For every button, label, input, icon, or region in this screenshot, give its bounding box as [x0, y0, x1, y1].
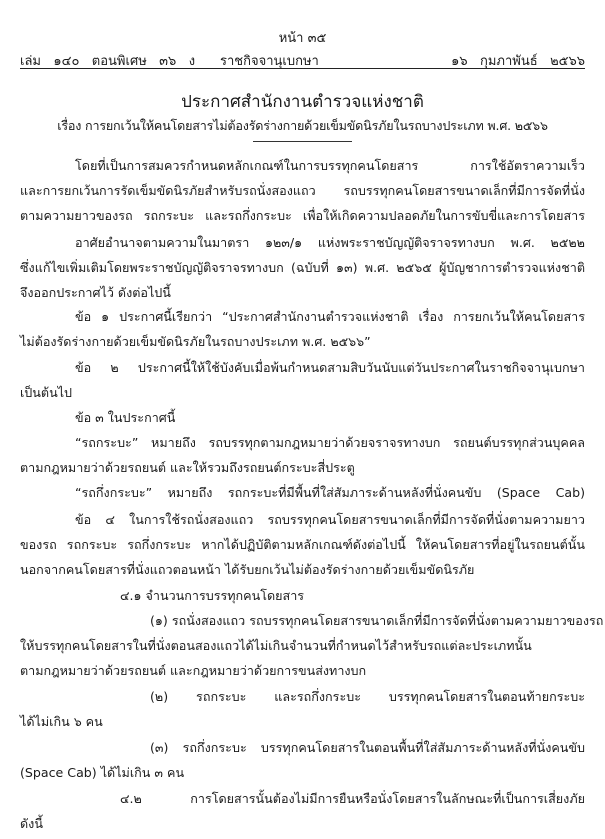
body-line: เป็นต้นไป	[20, 383, 585, 403]
body-line: ข้อ ๒ ประกาศนี้ให้ใช้บังคับเมื่อพ้นกำหนด…	[20, 358, 585, 378]
body-line: จึงออกประกาศไว้ ดังต่อไปนี้	[20, 283, 585, 303]
body-line: “รถกึ่งกระบะ” หมายถึง รถกระบะที่มีพื้นที…	[20, 483, 585, 503]
body-line: ซึ่งแก้ไขเพิ่มเติมโดยพระราชบัญญัติจราจรท…	[20, 258, 585, 278]
gazette-header: เล่ม ๑๔๐ ตอนพิเศษ ๓๖ ง ราชกิจจานุเบกษา ๑…	[20, 50, 585, 68]
body-line: อาศัยอำนาจตามความในมาตรา ๑๒๓/๑ แห่งพระรา…	[20, 233, 585, 253]
body-line: ได้ไม่เกิน ๖ คน	[20, 712, 585, 732]
body-line: ให้บรรทุกคนโดยสารในที่นั่งตอนสองแถวได้ไม…	[20, 636, 585, 656]
body-line: (๒) รถกระบะ และรถกึ่งกระบะ บรรทุกคนโดยสา…	[20, 687, 585, 707]
document-subtitle: เรื่อง การยกเว้นให้คนโดยสารไม่ต้องรัดร่า…	[0, 116, 605, 136]
body-line: ดังนี้	[20, 814, 585, 834]
body-line: ของรถ รถกระบะ รถกึ่งกระบะ หากได้ปฏิบัติต…	[20, 535, 585, 555]
title-divider	[253, 141, 352, 142]
body-line: (๑) รถนั่งสองแถว รถบรรทุกคนโดยสารขนาดเล็…	[20, 611, 585, 631]
page-number: หน้า ๓๕	[0, 27, 605, 48]
body-line: ตามความยาวของรถ รถกระบะ และรถกึ่งกระบะ เ…	[20, 206, 585, 226]
body-line: ไม่ต้องรัดร่างกายด้วยเข็มขัดนิรภัยในรถบา…	[20, 332, 585, 352]
header-rule	[20, 68, 585, 69]
body-line: ตามกฎหมายว่าด้วยรถยนต์ และกฎหมายว่าด้วยก…	[20, 661, 585, 681]
body-line: โดยที่เป็นการสมควรกำหนดหลักเกณฑ์ในการบรร…	[20, 156, 585, 176]
body-line: ข้อ ๓ ในประกาศนี้	[20, 408, 585, 428]
body-line: ข้อ ๔ ในการใช้รถนั่งสองแถว รถบรรทุกคนโดย…	[20, 510, 585, 530]
gazette-page: หน้า ๓๕ เล่ม ๑๔๐ ตอนพิเศษ ๓๖ ง ราชกิจจาน…	[0, 0, 605, 839]
body-line: ๔.๒ การโดยสารนั้นต้องไม่มีการยืนหรือนั่ง…	[20, 789, 585, 809]
body-line: และการยกเว้นการรัดเข็มขัดนิรภัยสำหรับรถน…	[20, 181, 585, 201]
document-title: ประกาศสำนักงานตำรวจแห่งชาติ	[0, 88, 605, 115]
body-line: ๔.๑ จำนวนการบรรทุกคนโดยสาร	[20, 586, 585, 606]
body-line: นอกจากคนโดยสารที่นั่งแถวตอนหน้า ได้รับยก…	[20, 560, 585, 580]
body-line: ตามกฎหมายว่าด้วยรถยนต์ และให้รวมถึงรถยนต…	[20, 458, 585, 478]
body-line: “รถกระบะ” หมายถึง รถบรรทุกตามกฎหมายว่าด้…	[20, 433, 585, 453]
body-line: ข้อ ๑ ประกาศนี้เรียกว่า “ประกาศสำนักงานต…	[20, 307, 585, 327]
body-line: (๓) รถกึ่งกระบะ บรรทุกคนโดยสารในตอนพื้นท…	[20, 738, 585, 758]
body-line: (Space Cab) ได้ไม่เกิน ๓ คน	[20, 763, 585, 783]
